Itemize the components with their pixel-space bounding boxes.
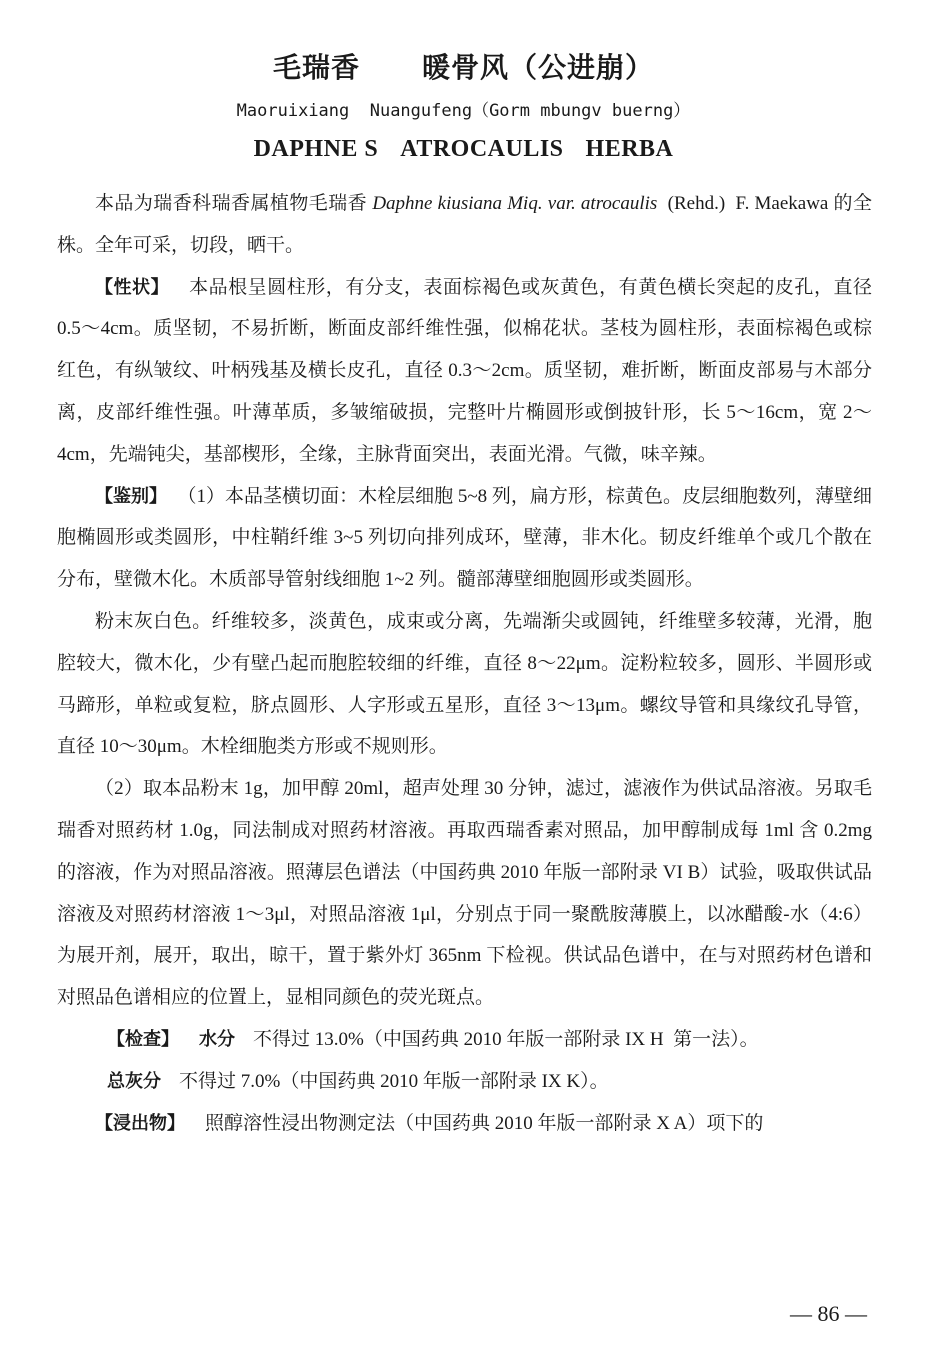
intro-paragraph: 本品为瑞香科瑞香属植物毛瑞香 Daphne kiusiana Miq. var.…: [57, 183, 872, 267]
jiancha-paragraph: 【检查】水分不得过 13.0%（中国药典 2010 年版一部附录 IX H 第一…: [57, 1019, 872, 1061]
jianbie-text-1: （1）本品茎横切面：木栓层细胞 5~8 列，扁方形，棕黄色。皮层细胞数列，薄壁细…: [57, 486, 872, 591]
section-heading-xingzhuang: 【性状】: [95, 277, 169, 298]
page-number: — 86 —: [790, 1301, 867, 1327]
page-title-chinese: 毛瑞香暖骨风（公进崩）: [0, 46, 927, 86]
page-title-pinyin: Maoruixiang Nuangufeng（Gorm mbungv buern…: [0, 96, 927, 121]
title-maoruixiang: 毛瑞香: [273, 51, 360, 84]
ash-text: 不得过 7.0%（中国药典 2010 年版一部附录 IX K）。: [179, 1071, 609, 1092]
water-text: 不得过 13.0%（中国药典 2010 年版一部附录 IX H 第一法）。: [253, 1029, 759, 1050]
section-heading-jinchuwu: 【浸出物】: [95, 1113, 185, 1134]
jianbie-paragraph-1: 【鉴别】（1）本品茎横切面：木栓层细胞 5~8 列，扁方形，棕黄色。皮层细胞数列…: [57, 476, 872, 601]
jinchuwu-text: 照醇溶性浸出物测定法（中国药典 2010 年版一部附录 X A）项下的: [205, 1113, 763, 1134]
title-nuangufeng: 暖骨风（公进崩）: [422, 51, 654, 84]
xingzhuang-text: 本品根呈圆柱形，有分支，表面棕褐色或灰黄色，有黄色横长突起的皮孔，直径 0.5～…: [57, 277, 872, 465]
ash-label: 总灰分: [107, 1071, 161, 1092]
intro-text: 本品为瑞香科瑞香属植物毛瑞香: [95, 193, 372, 214]
page-title-latin: DAPHNE SATROCAULISHERBA: [0, 136, 927, 163]
latin-part-2: ATROCAULIS: [400, 136, 563, 162]
jianbie-paragraph-3: （2）取本品粉末 1g，加甲醇 20ml，超声处理 30 分钟，滤过，滤液作为供…: [57, 768, 872, 1019]
section-heading-jianbie: 【鉴别】: [95, 486, 167, 507]
water-label: 水分: [199, 1029, 235, 1050]
latin-part-3: HERBA: [586, 136, 674, 162]
jinchuwu-paragraph: 【浸出物】照醇溶性浸出物测定法（中国药典 2010 年版一部附录 X A）项下的: [57, 1103, 872, 1145]
section-heading-jiancha: 【检查】: [107, 1029, 179, 1050]
document-page: 毛瑞香暖骨风（公进崩） Maoruixiang Nuangufeng（Gorm …: [0, 0, 927, 1353]
jianbie-paragraph-2: 粉末灰白色。纤维较多，淡黄色，成束或分离，先端渐尖或圆钝，纤维壁多较薄，光滑，胞…: [57, 601, 872, 768]
monograph-body: 本品为瑞香科瑞香属植物毛瑞香 Daphne kiusiana Miq. var.…: [57, 183, 872, 1144]
xingzhuang-paragraph: 【性状】本品根呈圆柱形，有分支，表面棕褐色或灰黄色，有黄色横长突起的皮孔，直径 …: [57, 267, 872, 476]
species-name: Daphne kiusiana Miq. var. atrocaulis: [372, 193, 657, 214]
ash-paragraph: 总灰分不得过 7.0%（中国药典 2010 年版一部附录 IX K）。: [57, 1061, 872, 1103]
latin-part-1: DAPHNE S: [254, 136, 379, 162]
